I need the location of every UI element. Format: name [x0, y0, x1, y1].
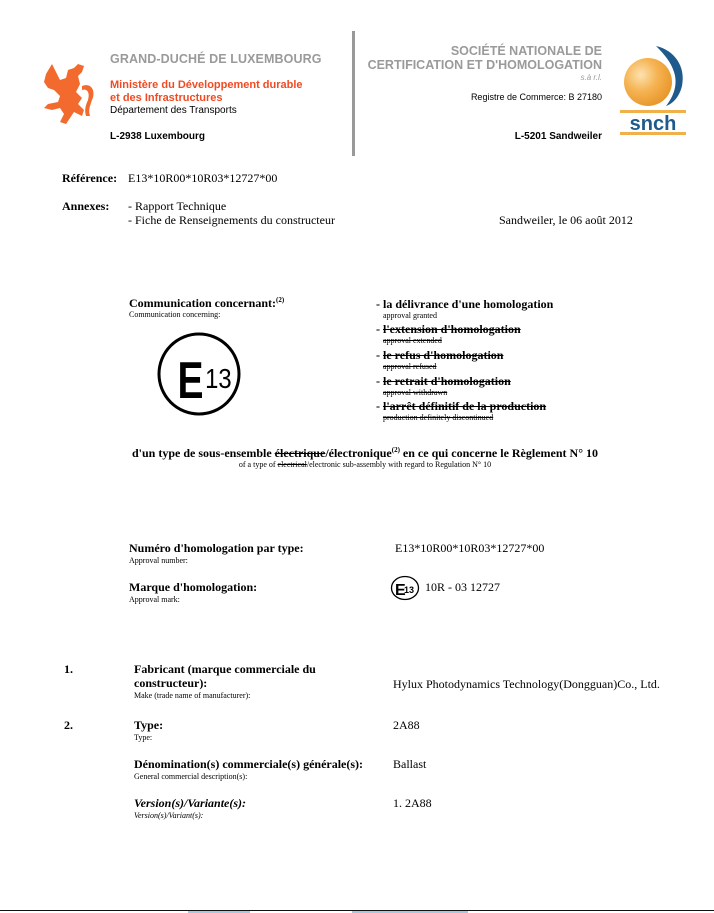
svg-text:13: 13	[404, 585, 414, 595]
option-dash: -	[376, 322, 383, 336]
reference-label: Référence:	[62, 171, 117, 186]
communication-option: - l'arrêt définitif de la production	[376, 399, 546, 414]
version-label: Version(s)/Variante(s):	[134, 796, 246, 811]
option-label-en: approval refused	[383, 362, 437, 371]
version-label-en: Version(s)/Variant(s):	[134, 811, 203, 820]
type-label-en: Type:	[134, 733, 152, 742]
legal-form: s.à r.l.	[520, 73, 602, 82]
struck-word: électrique	[275, 446, 326, 460]
e13-approval-mark-icon: E 13	[155, 330, 243, 418]
communication-option: - l'extension d'homologation	[376, 322, 521, 337]
snch-org-line-1: SOCIÉTÉ NATIONALE DE	[362, 44, 602, 58]
header-divider	[352, 31, 355, 156]
type-statement: d'un type de sous-ensemble électrique/él…	[0, 446, 714, 461]
option-label-en: approval granted	[383, 311, 437, 320]
country-title: GRAND-DUCHÉ DE LUXEMBOURG	[110, 52, 322, 66]
annex-item: - Rapport Technique	[128, 199, 226, 214]
manufacturer-label: Fabricant (marque commerciale du constru…	[134, 662, 316, 690]
approval-number-label-en: Approval number:	[129, 556, 188, 565]
option-label: la délivrance d'une homologation	[383, 297, 553, 311]
document-date: Sandweiler, le 06 août 2012	[499, 213, 633, 228]
commercial-description-label-en: General commercial description(s):	[134, 772, 247, 781]
option-label: l'arrêt définitif de la production	[383, 399, 546, 413]
item-number: 1.	[64, 662, 73, 677]
footnote-ref: (2)	[392, 446, 400, 454]
snch-logo-icon: snch	[616, 44, 688, 136]
option-label: l'extension d'homologation	[383, 322, 521, 336]
manufacturer-value: Hylux Photodynamics Technology(Dongguan)…	[393, 677, 660, 692]
communication-label-en: Communication concerning:	[129, 310, 220, 319]
luxembourg-address: L-2938 Luxembourg	[110, 131, 205, 142]
approval-mark-label: Marque d'homologation:	[129, 580, 257, 595]
type-value: 2A88	[393, 718, 420, 733]
option-dash: -	[376, 348, 383, 362]
luxembourg-lion-logo-icon	[38, 58, 98, 126]
manufacturer-label-en: Make (trade name of manufacturer):	[134, 691, 250, 700]
svg-text:snch: snch	[630, 113, 677, 135]
commercial-description-label: Dénomination(s) commerciale(s) générale(…	[134, 757, 363, 772]
communication-label: Communication concernant:(2)	[129, 296, 284, 311]
type-statement-en: of a type of electrical/electronic sub-a…	[0, 460, 714, 469]
communication-option: - la délivrance d'une homologation	[376, 297, 553, 312]
option-label-en: production definitely discontinued	[383, 413, 493, 422]
svg-text:E: E	[178, 350, 204, 409]
item-number: 2.	[64, 718, 73, 733]
ministry-line-1: Ministère du Développement durable	[110, 79, 303, 92]
communication-option: - le retrait d'homologation	[376, 374, 511, 389]
approval-number-label: Numéro d'homologation par type:	[129, 541, 304, 556]
type-label: Type:	[134, 718, 163, 733]
annex-item: - Fiche de Renseignements du constructeu…	[128, 213, 335, 228]
snch-org-name: SOCIÉTÉ NATIONALE DE CERTIFICATION ET D'…	[362, 44, 602, 72]
commerce-registry: Registre de Commerce: B 27180	[430, 92, 602, 102]
department-name: Département des Transports	[110, 105, 237, 116]
snch-org-line-2: CERTIFICATION ET D'HOMOLOGATION	[362, 58, 602, 72]
option-label-en: approval extended	[383, 336, 442, 345]
annexes-label: Annexes:	[62, 199, 109, 214]
commercial-description-value: Ballast	[393, 757, 426, 772]
ministry-name: Ministère du Développement durable et de…	[110, 79, 303, 105]
struck-word: electrical	[278, 460, 307, 469]
ministry-line-2: et des Infrastructures	[110, 92, 303, 105]
sandweiler-address: L-5201 Sandweiler	[430, 131, 602, 142]
approval-mark-label-en: Approval mark:	[129, 595, 180, 604]
option-dash: -	[376, 374, 383, 388]
approval-mark-value: 10R - 03 12727	[425, 580, 500, 595]
communication-option: - le refus d'homologation	[376, 348, 503, 363]
option-dash: -	[376, 399, 383, 413]
footnote-ref: (2)	[276, 296, 284, 304]
option-label: le refus d'homologation	[383, 348, 503, 362]
option-dash: -	[376, 297, 383, 311]
reference-value: E13*10R00*10R03*12727*00	[128, 171, 277, 186]
e13-small-mark-icon: E 13	[390, 575, 420, 601]
option-label: le retrait d'homologation	[383, 374, 511, 388]
svg-text:13: 13	[205, 362, 231, 394]
approval-number-value: E13*10R00*10R03*12727*00	[395, 541, 544, 556]
option-label-en: approval withdrawn	[383, 388, 447, 397]
version-value: 1. 2A88	[393, 796, 432, 811]
